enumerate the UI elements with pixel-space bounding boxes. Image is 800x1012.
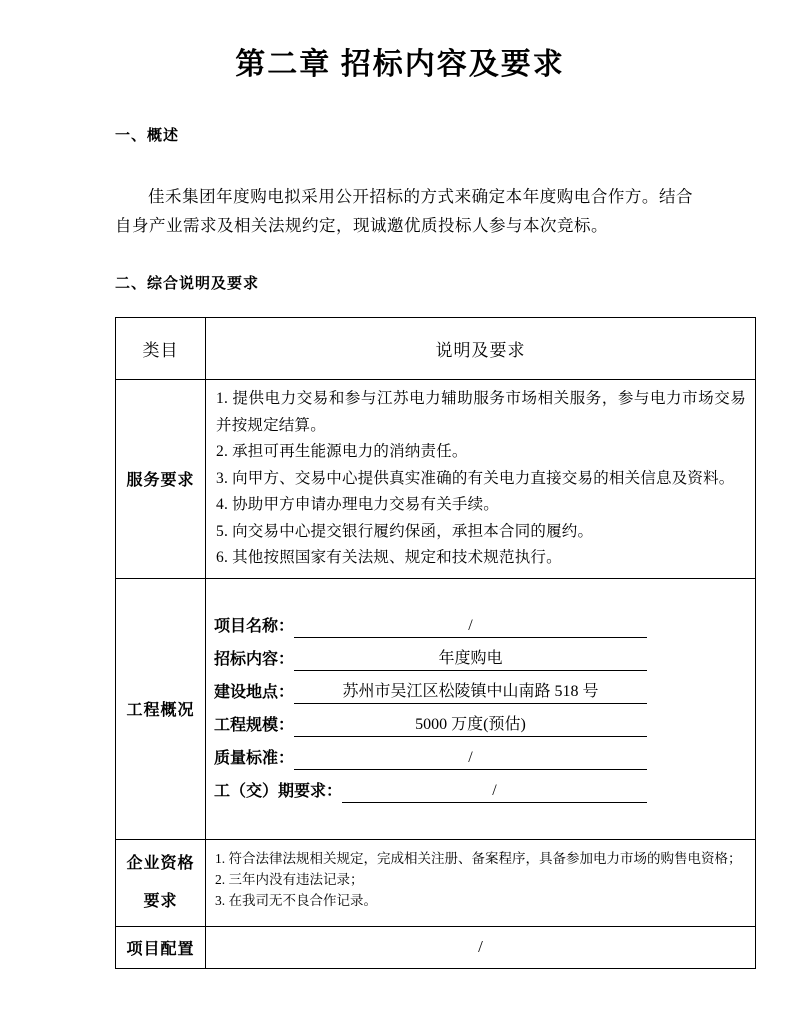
table-header-description: 说明及要求 [206,318,756,380]
field-value-underlined: / [294,615,647,638]
service-requirement-item: 1. 提供电力交易和参与江苏电力辅助服务市场相关服务，参与电力市场交易并按规定结… [216,386,746,439]
project-field-name: 项目名称： / [214,605,647,638]
service-row-content: 1. 提供电力交易和参与江苏电力辅助服务市场相关服务，参与电力市场交易并按规定结… [206,380,756,579]
field-label: 工（交）期要求： [214,781,342,803]
chapter-title: 第二章 招标内容及要求 [0,46,800,84]
qualification-row-content: 1. 符合法律法规相关规定，完成相关注册、备案程序，具备参加电力市场的购售电资格… [206,839,756,926]
field-value-underlined: / [342,780,647,803]
qualification-item: 1. 符合法律法规相关规定，完成相关注册、备案程序，具备参加电力市场的购售电资格… [215,848,747,869]
field-value-underlined: 年度购电 [294,648,647,671]
field-value-underlined: / [294,747,647,770]
project-field-scale: 工程规模： 5000 万度(预估) [214,704,647,737]
config-row-value: / [206,926,756,968]
qualification-row-label: 企业资格 要求 [116,839,206,926]
document-page: 第二章 招标内容及要求 一、概述 佳禾集团年度购电拟采用公开招标的方式来确定本年… [0,0,800,1012]
project-row-label: 工程概况 [116,578,206,839]
section-heading-overview: 一、概述 [115,126,755,146]
table-header-row: 类目 说明及要求 [116,318,756,380]
project-field-quality: 质量标准： / [214,737,647,770]
field-label: 质量标准： [214,748,294,770]
field-value-underlined: 苏州市吴江区松陵镇中山南路 518 号 [294,681,647,704]
requirements-table: 类目 说明及要求 服务要求 1. 提供电力交易和参与江苏电力辅助服务市场相关服务… [115,317,756,969]
overview-paragraph: 佳禾集团年度购电拟采用公开招标的方式来确定本年度购电合作方。结合自身产业需求及相… [115,182,693,240]
field-value-underlined: 5000 万度(预估) [294,714,647,737]
qualification-item: 3. 在我司无不良合作记录。 [215,890,747,911]
field-label: 建设地点： [214,682,294,704]
table-header-category: 类目 [116,318,206,380]
service-requirement-item: 3. 向甲方、交易中心提供真实准确的有关电力直接交易的相关信息及资料。 [216,466,746,493]
project-field-schedule: 工（交）期要求： / [214,770,647,803]
field-label: 项目名称： [214,616,294,638]
config-row-label: 项目配置 [116,926,206,968]
project-row-content: 项目名称： / 招标内容： 年度购电 建设地点： 苏州市吴江区松陵镇中山南路 5… [206,578,756,839]
section-heading-requirements: 二、综合说明及要求 [115,274,755,294]
project-overview-row: 工程概况 项目名称： / 招标内容： 年度购电 建设地点： 苏州市吴江区松陵镇中… [116,578,756,839]
qualification-label-line2: 要求 [116,891,205,913]
project-field-content: 招标内容： 年度购电 [214,638,647,671]
qualification-label-line1: 企业资格 [116,853,205,875]
field-label: 工程规模： [214,715,294,737]
service-requirement-item: 6. 其他按照国家有关法规、规定和技术规范执行。 [216,545,746,572]
project-config-row: 项目配置 / [116,926,756,968]
service-row-label: 服务要求 [116,380,206,579]
qualification-item: 2. 三年内没有违法记录； [215,869,747,890]
field-label: 招标内容： [214,649,294,671]
project-field-location: 建设地点： 苏州市吴江区松陵镇中山南路 518 号 [214,671,647,704]
service-requirements-row: 服务要求 1. 提供电力交易和参与江苏电力辅助服务市场相关服务，参与电力市场交易… [116,380,756,579]
service-requirement-item: 5. 向交易中心提交银行履约保函，承担本合同的履约。 [216,519,746,546]
service-requirement-item: 2. 承担可再生能源电力的消纳责任。 [216,439,746,466]
service-requirement-item: 4. 协助甲方申请办理电力交易有关手续。 [216,492,746,519]
qualification-row: 企业资格 要求 1. 符合法律法规相关规定，完成相关注册、备案程序，具备参加电力… [116,839,756,926]
